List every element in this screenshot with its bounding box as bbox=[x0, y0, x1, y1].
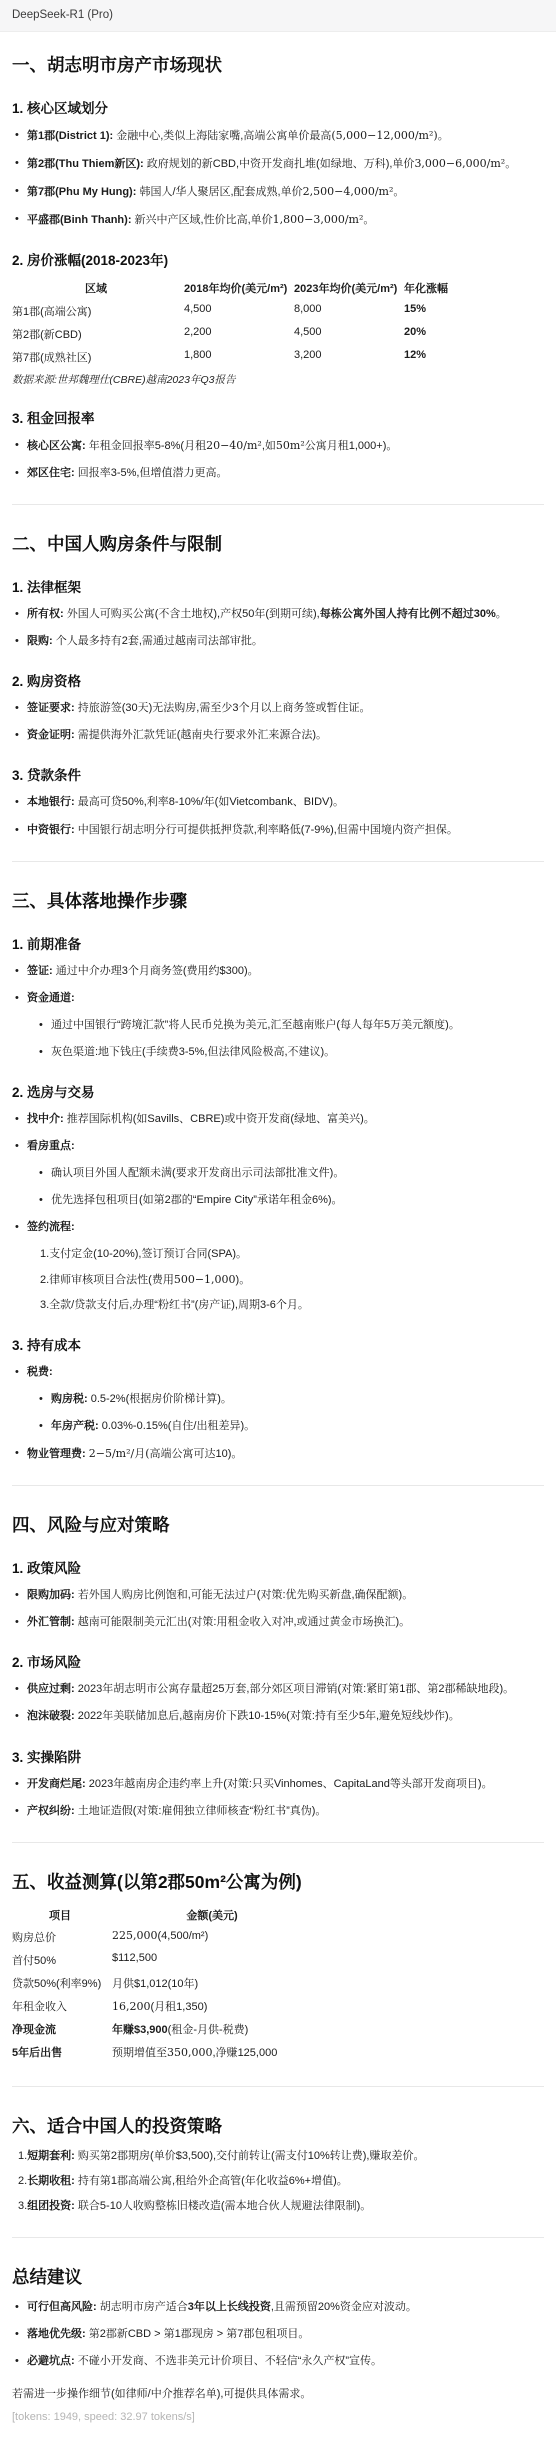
table-cell: 16,200(月租1,350) bbox=[112, 1995, 316, 2018]
table-cell: 贷款50%(利率9%) bbox=[12, 1972, 112, 1995]
bullet-item: 落地优先级: 第2郡新CBD > 第1郡现房 > 第7郡包租项目。 bbox=[12, 2326, 544, 2343]
section-2-sub-3: 3. 贷款条件 bbox=[12, 764, 544, 784]
table-cell: 5年后出售 bbox=[12, 2041, 112, 2064]
core-districts-list: 第1郡(District 1): 金融中心,类似上海陆家嘴,高端公寓单价最高(5… bbox=[12, 127, 544, 229]
section-3-sub-3: 3. 持有成本 bbox=[12, 1334, 544, 1354]
section-4-sub-1: 1. 政策风险 bbox=[12, 1557, 544, 1577]
bullet-item: 年房产税: 0.03%-0.15%(自住/出租差异)。 bbox=[36, 1418, 544, 1435]
holding-cost-list: 税费: bbox=[12, 1364, 544, 1381]
section-divider bbox=[12, 2237, 544, 2238]
table-cell: 第7郡(成熟社区) bbox=[12, 345, 184, 368]
table-row: 第1郡(高端公寓) 4,500 8,000 15% bbox=[12, 299, 466, 322]
column-header: 区域 bbox=[12, 277, 184, 299]
table-cell: $112,500 bbox=[112, 1949, 316, 1972]
table-cell: 月供$1,012(10年) bbox=[112, 1972, 316, 1995]
bullet-item: 税费: bbox=[12, 1364, 544, 1381]
table-cell: 2,200 bbox=[184, 322, 294, 345]
bullet-item: 物业管理费: 2−5/m²/月(高端公寓可达10)。 bbox=[12, 1445, 544, 1463]
section-divider bbox=[12, 1842, 544, 1843]
summary-title: 总结建议 bbox=[12, 2264, 544, 2289]
table-row: 贷款50%(利率9%) 月供$1,012(10年) bbox=[12, 1972, 316, 1995]
rental-yield-list: 核心区公寓: 年租金回报率5-8%(月租20−40/m²,如50m²公寓月租1,… bbox=[12, 437, 544, 482]
bullet-item: 限购加码: 若外国人购房比例饱和,可能无法过户(对策:优先购买新盘,确保配额)。 bbox=[12, 1587, 544, 1604]
model-header: DeepSeek-R1 (Pro) bbox=[0, 0, 556, 32]
bullet-item: 第2郡(Thu Thiem新区): 政府规划的新CBD,中资开发商扎堆(如绿地、… bbox=[12, 155, 544, 173]
numbered-step: 3.全款/贷款支付后,办理“粉红书”(房产证),周期3-6个月。 bbox=[40, 1297, 544, 1314]
section-1-title: 一、胡志明市房产市场现状 bbox=[12, 52, 544, 77]
chat-response: 一、胡志明市房产市场现状 1. 核心区域划分 第1郡(District 1): … bbox=[0, 32, 556, 2439]
table-cell: 年赚$3,900(租金-月供-税费) bbox=[112, 2018, 316, 2041]
section-2-sub-2: 2. 购房资格 bbox=[12, 670, 544, 690]
loan-list: 本地银行: 最高可贷50%,利率8-10%/年(如Vietcombank、BID… bbox=[12, 794, 544, 838]
table-cell: 225,000(4,500/m²) bbox=[112, 1926, 316, 1949]
bullet-item: 所有权: 外国人可购买公寓(不含土地权),产权50年(到期可续),每栋公寓外国人… bbox=[12, 606, 544, 623]
bullet-item: 确认项目外国人配额未满(要求开发商出示司法部批准文件)。 bbox=[36, 1165, 544, 1182]
numbered-step: 2.长期收租: 持有第1郡高端公寓,租给外企高管(年化收益6%+增值)。 bbox=[18, 2173, 544, 2190]
price-growth-table: 区域 2018年均价(美元/m²) 2023年均价(美元/m²) 年化涨幅 第1… bbox=[12, 277, 466, 368]
section-divider bbox=[12, 1485, 544, 1486]
bullet-item: 中资银行: 中国银行胡志明分行可提供抵押贷款,利率略低(7-9%),但需中国境内… bbox=[12, 822, 544, 839]
table-header-row: 项目 金额(美元) bbox=[12, 1904, 316, 1926]
table-cell: 15% bbox=[404, 299, 466, 322]
section-divider bbox=[12, 504, 544, 505]
table-header-row: 区域 2018年均价(美元/m²) 2023年均价(美元/m²) 年化涨幅 bbox=[12, 277, 466, 299]
data-source-note: 数据来源:世邦魏理仕(CBRE)越南2023年Q3报告 bbox=[12, 372, 544, 387]
table-cell: 4,500 bbox=[294, 322, 404, 345]
section-1-sub-2: 2. 房价涨幅(2018-2023年) bbox=[12, 249, 544, 269]
table-cell: 8,000 bbox=[294, 299, 404, 322]
bullet-item: 泡沫破裂: 2022年美联储加息后,越南房价下跌10-15%(对策:持有至少5年… bbox=[12, 1708, 544, 1725]
profit-estimate-table: 项目 金额(美元) 购房总价 225,000(4,500/m²) 首付50% $… bbox=[12, 1904, 316, 2064]
bullet-item: 第7郡(Phu My Hung): 韩国人/华人聚居区,配套成熟,单价2,500… bbox=[12, 183, 544, 201]
market-risk-list: 供应过剩: 2023年胡志明市公寓存量超25万套,部分郊区项目滞销(对策:紧盯第… bbox=[12, 1681, 544, 1725]
policy-risk-list: 限购加码: 若外国人购房比例饱和,可能无法过户(对策:优先购买新盘,确保配额)。… bbox=[12, 1587, 544, 1631]
table-cell: 1,800 bbox=[184, 345, 294, 368]
table-cell: 预期增值至350,000,净赚125,000 bbox=[112, 2041, 316, 2064]
bullet-item: 外汇管制: 越南可能限制美元汇出(对策:用租金收入对冲,或通过黄金市场换汇)。 bbox=[12, 1614, 544, 1631]
summary-list: 可行但高风险: 胡志明市房产适合3年以上长线投资,且需预留20%资金应对波动。 … bbox=[12, 2299, 544, 2370]
qualification-list: 签证要求: 持旅游签(30天)无法购房,需至少3个月以上商务签或暂住证。 资金证… bbox=[12, 700, 544, 744]
section-divider bbox=[12, 861, 544, 862]
bullet-item: 通过中国银行“跨境汇款”将人民币兑换为美元,汇至越南账户(每人每年5万美元额度)… bbox=[36, 1017, 544, 1034]
table-cell: 4,500 bbox=[184, 299, 294, 322]
funding-sublist: 通过中国银行“跨境汇款”将人民币兑换为美元,汇至越南账户(每人每年5万美元额度)… bbox=[36, 1017, 544, 1061]
bullet-item: 平盛郡(Binh Thanh): 新兴中产区域,性价比高,单价1,800−3,0… bbox=[12, 211, 544, 229]
table-cell: 12% bbox=[404, 345, 466, 368]
section-3-sub-1: 1. 前期准备 bbox=[12, 933, 544, 953]
numbered-step: 2.律师审核项目合法性(费用500−1,000)。 bbox=[40, 1271, 544, 1289]
token-stats: [tokens: 1949, speed: 32.97 tokens/s] bbox=[12, 2411, 544, 2423]
table-row: 第7郡(成熟社区) 1,800 3,200 12% bbox=[12, 345, 466, 368]
table-cell: 年租金收入 bbox=[12, 1995, 112, 2018]
section-5-title: 五、收益测算(以第2郡50m²公寓为例) bbox=[12, 1869, 544, 1894]
section-6-title: 六、适合中国人的投资策略 bbox=[12, 2113, 544, 2138]
closing-note: 若需进一步操作细节(如律师/中介推荐名单),可提供具体需求。 bbox=[12, 2386, 544, 2403]
preparation-list: 签证: 通过中介办理3个月商务签(费用约$300)。 资金通道: bbox=[12, 963, 544, 1007]
table-row: 净现金流 年赚$3,900(租金-月供-税费) bbox=[12, 2018, 316, 2041]
bullet-item: 资金通道: bbox=[12, 990, 544, 1007]
bullet-item: 开发商烂尾: 2023年越南房企违约率上升(对策:只买Vinhomes、Capi… bbox=[12, 1776, 544, 1793]
section-1-sub-1: 1. 核心区域划分 bbox=[12, 97, 544, 117]
bullet-item: 购房税: 0.5-2%(根据房价阶梯计算)。 bbox=[36, 1391, 544, 1408]
tax-sublist: 购房税: 0.5-2%(根据房价阶梯计算)。 年房产税: 0.03%-0.15%… bbox=[36, 1391, 544, 1435]
section-4-title: 四、风险与应对策略 bbox=[12, 1512, 544, 1537]
table-cell: 首付50% bbox=[12, 1949, 112, 1972]
management-fee-list: 物业管理费: 2−5/m²/月(高端公寓可达10)。 bbox=[12, 1445, 544, 1463]
bullet-item: 核心区公寓: 年租金回报率5-8%(月租20−40/m²,如50m²公寓月租1,… bbox=[12, 437, 544, 455]
section-1-sub-3: 3. 租金回报率 bbox=[12, 407, 544, 427]
section-3-title: 三、具体落地操作步骤 bbox=[12, 888, 544, 913]
column-header: 2023年均价(美元/m²) bbox=[294, 277, 404, 299]
table-row: 购房总价 225,000(4,500/m²) bbox=[12, 1926, 316, 1949]
bullet-item: 限购: 个人最多持有2套,需通过越南司法部审批。 bbox=[12, 633, 544, 650]
numbered-step: 1.短期套利: 购买第2郡期房(单价$3,500),交付前转让(需支付10%转让… bbox=[18, 2148, 544, 2165]
signing-label-list: 签约流程: bbox=[12, 1219, 544, 1236]
bullet-item: 必避坑点: 不碰小开发商、不选非美元计价项目、不轻信“永久产权”宣传。 bbox=[12, 2353, 544, 2370]
section-2-title: 二、中国人购房条件与限制 bbox=[12, 531, 544, 556]
bullet-item: 产权纠纷: 土地证造假(对策:雇佣独立律师核查“粉红书”真伪)。 bbox=[12, 1803, 544, 1820]
legal-list: 所有权: 外国人可购买公寓(不含土地权),产权50年(到期可续),每栋公寓外国人… bbox=[12, 606, 544, 650]
table-cell: 3,200 bbox=[294, 345, 404, 368]
trap-list: 开发商烂尾: 2023年越南房企违约率上升(对策:只买Vinhomes、Capi… bbox=[12, 1776, 544, 1820]
trading-list: 找中介: 推荐国际机构(如Savills、CBRE)或中资开发商(绿地、富美兴)… bbox=[12, 1111, 544, 1155]
table-row: 5年后出售 预期增值至350,000,净赚125,000 bbox=[12, 2041, 316, 2064]
model-label: DeepSeek-R1 (Pro) bbox=[12, 9, 113, 21]
bullet-item: 签证: 通过中介办理3个月商务签(费用约$300)。 bbox=[12, 963, 544, 980]
column-header: 金额(美元) bbox=[112, 1904, 316, 1926]
bullet-item: 郊区住宅: 回报率3-5%,但增值潜力更高。 bbox=[12, 465, 544, 482]
bullet-item: 第1郡(District 1): 金融中心,类似上海陆家嘴,高端公寓单价最高(5… bbox=[12, 127, 544, 145]
numbered-step: 3.组团投资: 联合5-10人收购整栋旧楼改造(需本地合伙人规避法律限制)。 bbox=[18, 2198, 544, 2215]
table-cell: 净现金流 bbox=[12, 2018, 112, 2041]
table-row: 首付50% $112,500 bbox=[12, 1949, 316, 1972]
viewing-sublist: 确认项目外国人配额未满(要求开发商出示司法部批准文件)。 优先选择包租项目(如第… bbox=[36, 1165, 544, 1209]
section-divider bbox=[12, 2086, 544, 2087]
bullet-item: 优先选择包租项目(如第2郡的“Empire City”承诺年租金6%)。 bbox=[36, 1192, 544, 1209]
column-header: 2018年均价(美元/m²) bbox=[184, 277, 294, 299]
bullet-item: 看房重点: bbox=[12, 1138, 544, 1155]
bullet-item: 签证要求: 持旅游签(30天)无法购房,需至少3个月以上商务签或暂住证。 bbox=[12, 700, 544, 717]
bullet-item: 找中介: 推荐国际机构(如Savills、CBRE)或中资开发商(绿地、富美兴)… bbox=[12, 1111, 544, 1128]
signing-steps: 1.支付定金(10-20%),签订预订合同(SPA)。 2.律师审核项目合法性(… bbox=[40, 1246, 544, 1314]
table-cell: 第2郡(新CBD) bbox=[12, 322, 184, 345]
column-header: 年化涨幅 bbox=[404, 277, 466, 299]
table-row: 年租金收入 16,200(月租1,350) bbox=[12, 1995, 316, 2018]
bullet-item: 灰色渠道:地下钱庄(手续费3-5%,但法律风险极高,不建议)。 bbox=[36, 1044, 544, 1061]
bullet-item: 资金证明: 需提供海外汇款凭证(越南央行要求外汇来源合法)。 bbox=[12, 727, 544, 744]
section-3-sub-2: 2. 选房与交易 bbox=[12, 1081, 544, 1101]
table-cell: 20% bbox=[404, 322, 466, 345]
bullet-item: 供应过剩: 2023年胡志明市公寓存量超25万套,部分郊区项目滞销(对策:紧盯第… bbox=[12, 1681, 544, 1698]
numbered-step: 1.支付定金(10-20%),签订预订合同(SPA)。 bbox=[40, 1246, 544, 1263]
strategy-steps: 1.短期套利: 购买第2郡期房(单价$3,500),交付前转让(需支付10%转让… bbox=[18, 2148, 544, 2215]
table-row: 第2郡(新CBD) 2,200 4,500 20% bbox=[12, 322, 466, 345]
bullet-item: 签约流程: bbox=[12, 1219, 544, 1236]
table-cell: 第1郡(高端公寓) bbox=[12, 299, 184, 322]
section-2-sub-1: 1. 法律框架 bbox=[12, 576, 544, 596]
column-header: 项目 bbox=[12, 1904, 112, 1926]
table-cell: 购房总价 bbox=[12, 1926, 112, 1949]
bullet-item: 本地银行: 最高可贷50%,利率8-10%/年(如Vietcombank、BID… bbox=[12, 794, 544, 811]
section-4-sub-3: 3. 实操陷阱 bbox=[12, 1746, 544, 1766]
section-4-sub-2: 2. 市场风险 bbox=[12, 1651, 544, 1671]
bullet-item: 可行但高风险: 胡志明市房产适合3年以上长线投资,且需预留20%资金应对波动。 bbox=[12, 2299, 544, 2316]
